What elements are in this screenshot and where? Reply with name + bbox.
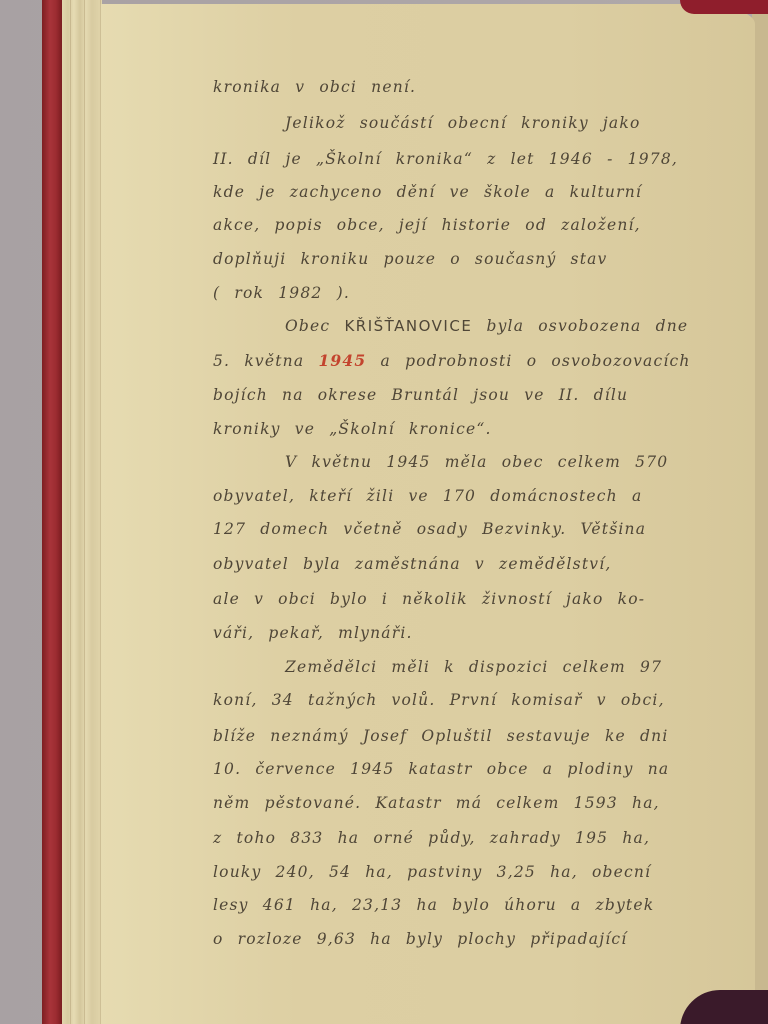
village-name: KŘIŠŤANOVICE xyxy=(344,317,472,335)
text-line: obyvatel, kteří žili ve 170 domácnostech… xyxy=(213,487,642,505)
text-line: ( rok 1982 ). xyxy=(213,284,350,302)
text-line: 127 domech včetně osady Bezvinky. Většin… xyxy=(213,520,646,538)
text-fragment: 5. května xyxy=(213,352,304,370)
highlighted-year: 1945 xyxy=(318,351,366,370)
text-line: z toho 833 ha orné půdy, zahrady 195 ha, xyxy=(213,829,650,847)
text-line: doplňuji kroniku pouze o současný stav xyxy=(213,250,608,268)
text-line: akce, popis obce, její historie od založ… xyxy=(213,216,641,234)
text-line: bojích na okrese Bruntál jsou ve II. díl… xyxy=(213,386,628,404)
text-line: louky 240, 54 ha, pastviny 3,25 ha, obec… xyxy=(213,863,651,881)
text-line: kronika v obci není. xyxy=(213,78,416,96)
text-fragment: byla osvobozena dne xyxy=(486,317,688,335)
text-line: o rozloze 9,63 ha byly plochy připadajíc… xyxy=(213,930,627,948)
text-line: II. díl je „Školní kronika“ z let 1946 -… xyxy=(213,150,678,168)
page-edge-line xyxy=(70,0,71,1024)
text-line: Obec KŘIŠŤANOVICE byla osvobozena dne xyxy=(285,317,688,335)
text-line: Jelikož součástí obecní kroniky jako xyxy=(285,114,640,132)
page-edge-line xyxy=(84,0,85,1024)
text-line: V květnu 1945 měla obec celkem 570 xyxy=(285,453,668,471)
book-cover-top-corner xyxy=(680,0,768,14)
text-line: Zemědělci měli k dispozici celkem 97 xyxy=(285,658,662,676)
text-line: 10. července 1945 katastr obce a plodiny… xyxy=(213,760,669,778)
text-line: lesy 461 ha, 23,13 ha bylo úhoru a zbyte… xyxy=(213,896,654,914)
text-fragment: Obec xyxy=(285,317,330,335)
text-line: blíže neznámý Josef Opluštil sestavuje k… xyxy=(213,727,669,745)
text-line: kde je zachyceno dění ve škole a kulturn… xyxy=(213,183,642,201)
text-fragment: a podrobnosti o osvobozovacích xyxy=(381,352,691,370)
text-line: obyvatel byla zaměstnána v zemědělství, xyxy=(213,555,612,573)
text-line: ale v obci bylo i několik živností jako … xyxy=(213,590,645,608)
book-photo: kronika v obci není. Jelikož součástí ob… xyxy=(0,0,768,1024)
text-line: 5. května 1945 a podrobnosti o osvobozov… xyxy=(213,351,691,370)
text-line: kroniky ve „Školní kronice“. xyxy=(213,420,492,438)
page-edge-line xyxy=(100,0,101,1024)
text-line: váři, pekař, mlynáři. xyxy=(213,624,413,642)
book-cover-red-edge xyxy=(42,0,62,1024)
text-line: koní, 34 tažných volů. První komisař v o… xyxy=(213,691,665,709)
text-line: něm pěstované. Katastr má celkem 1593 ha… xyxy=(213,794,660,812)
page-stack-edges xyxy=(62,0,102,1024)
